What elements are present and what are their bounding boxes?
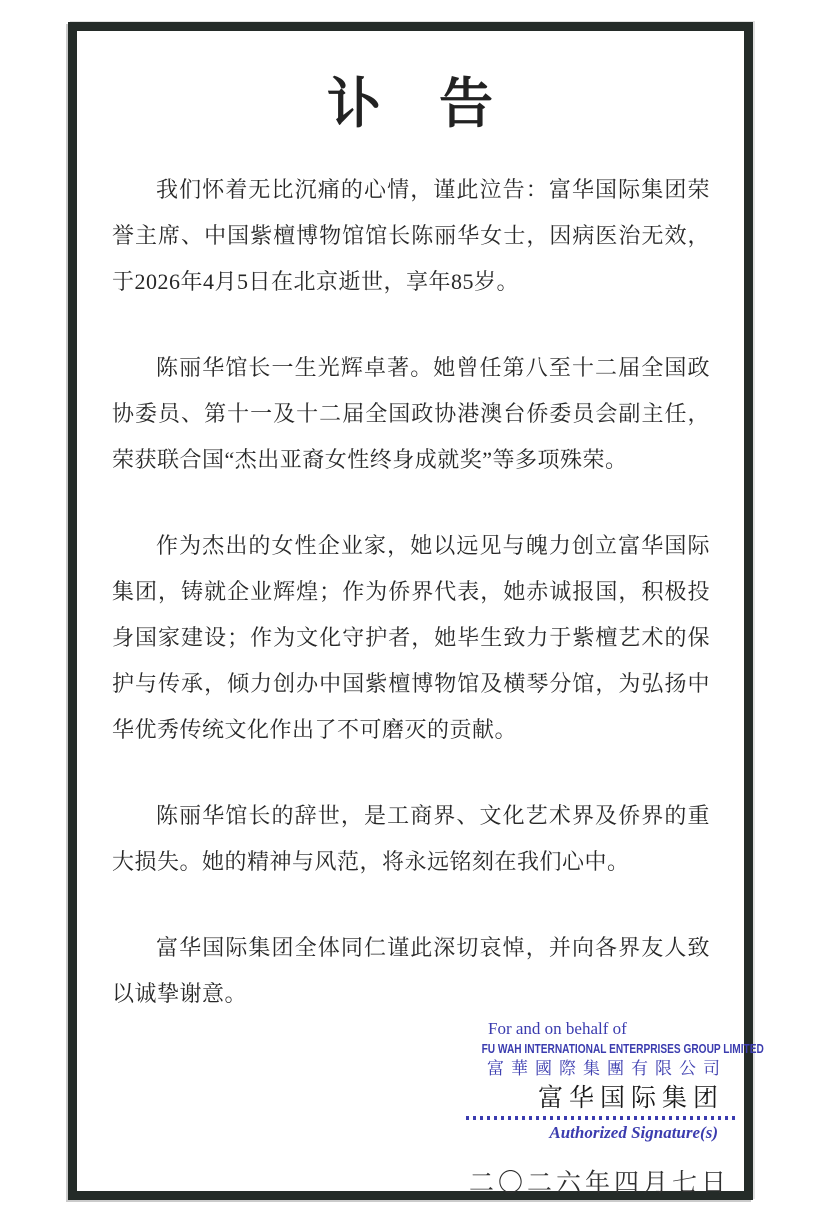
border-frame: 讣 告 我们怀着无比沉痛的心情，谨此泣告：富华国际集团荣誉主席、中国紫檀博物馆馆… — [68, 22, 753, 1200]
signature-company-name: 富华国际集团 — [466, 1084, 738, 1114]
obituary-paragraph-2: 陈丽华馆长一生光辉卓著。她曾任第八至十二届全国政协委员、第十一及十二届全国政协港… — [112, 345, 710, 483]
page-content: 讣 告 我们怀着无比沉痛的心情，谨此泣告：富华国际集团荣誉主席、中国紫檀博物馆馆… — [77, 31, 744, 1191]
obituary-page: 讣 告 我们怀着无比沉痛的心情，谨此泣告：富华国际集团荣誉主席、中国紫檀博物馆馆… — [0, 0, 828, 1210]
authorized-signature-label: Authorized Signature(s) — [466, 1122, 738, 1144]
signature-dotted-line — [466, 1116, 738, 1120]
stamp-company-name-zh: 富華國際集團有限公司 — [466, 1058, 738, 1079]
obituary-paragraph-1: 我们怀着无比沉痛的心情，谨此泣告：富华国际集团荣誉主席、中国紫檀博物馆馆长陈丽华… — [112, 167, 710, 305]
obituary-paragraph-3: 作为杰出的女性企业家，她以远见与魄力创立富华国际集团，铸就企业辉煌；作为侨界代表… — [112, 523, 710, 753]
company-stamp: For and on behalf of FU WAH INTERNATIONA… — [466, 1019, 738, 1144]
obituary-body: 我们怀着无比沉痛的心情，谨此泣告：富华国际集团荣誉主席、中国紫檀博物馆馆长陈丽华… — [112, 167, 710, 1017]
page-title: 讣 告 — [112, 67, 710, 141]
obituary-paragraph-4: 陈丽华馆长的辞世，是工商界、文化艺术界及侨界的重大损失。她的精神与风范，将永远铭… — [112, 793, 710, 885]
date-line: 二〇二六年四月七日 — [112, 1168, 730, 1200]
obituary-paragraph-5: 富华国际集团全体同仁谨此深切哀悼，并向各界友人致以诚挚谢意。 — [112, 925, 710, 1017]
stamp-company-name-en: FU WAH INTERNATIONAL ENTERPRISES GROUP L… — [466, 1039, 678, 1058]
stamp-behalf-line: For and on behalf of — [466, 1019, 738, 1039]
